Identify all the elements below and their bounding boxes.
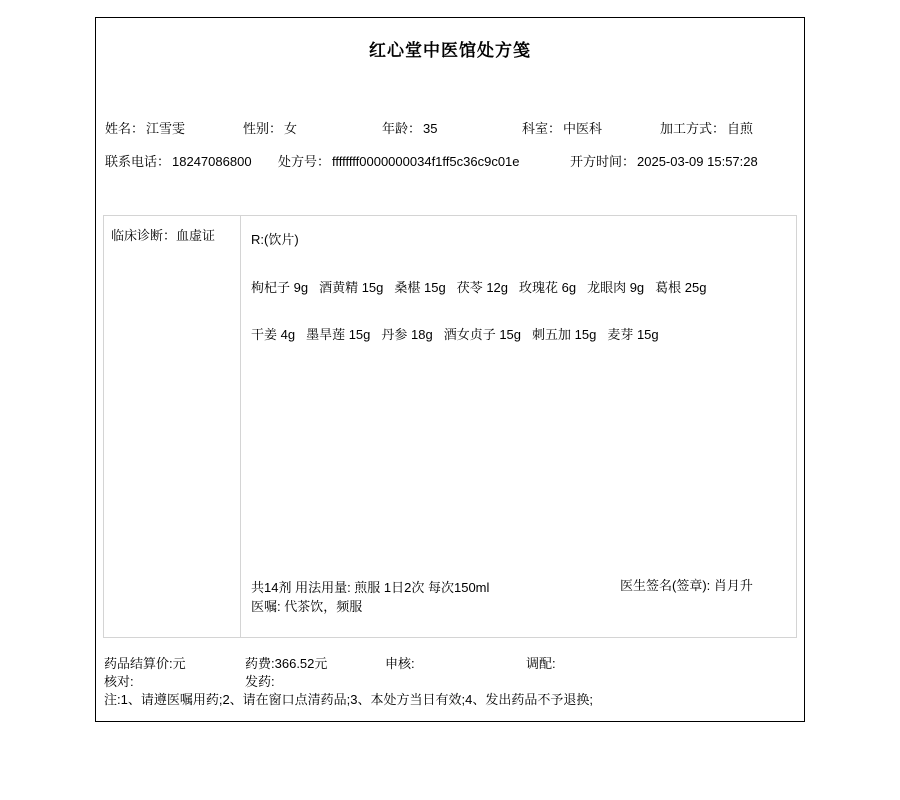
- herb-item: 墨旱莲 15g: [306, 327, 370, 342]
- doctor-signature-label: 医生签名(签章):: [620, 578, 710, 593]
- herb-item: 刺五加 15g: [532, 327, 596, 342]
- department-field: 科室：中医科: [522, 118, 602, 137]
- patient-name-label: 姓名：: [105, 121, 144, 136]
- prescription-border: 红心堂中医馆处方笺 姓名：江雪雯 性别：女 年龄：35 科室：中医科 加工方式：…: [95, 17, 805, 722]
- patient-gender-field: 性别：女: [243, 118, 297, 137]
- issue-time-field: 开方时间：2025-03-09 15:57:28: [570, 151, 758, 170]
- patient-age-value: 35: [423, 121, 437, 136]
- herb-item: 玫瑰花 6g: [519, 280, 576, 295]
- diagnosis-label: 临床诊断：: [111, 228, 176, 243]
- advice-label: 医嘱:: [251, 599, 281, 614]
- processing-field: 加工方式：自煎: [660, 118, 753, 137]
- herb-item: 桑椹 15g: [394, 280, 445, 295]
- diagnosis-cell: 临床诊断：血虚证: [104, 216, 241, 637]
- usage-note: 注:1、请遵医嘱用药;2、请在窗口点清药品;3、本处方当日有效;4、发出药品不予…: [104, 689, 593, 708]
- diagnosis-value: 血虚证: [176, 228, 215, 243]
- phone-label: 联系电话：: [105, 154, 170, 169]
- rx-number-label: 处方号：: [278, 154, 330, 169]
- rx-header: R:(饮片): [251, 229, 299, 248]
- settlement-value: 元: [173, 656, 186, 671]
- advice-line: 医嘱: 代茶饮，频服: [251, 596, 362, 615]
- issue-time-value: 2025-03-09 15:57:28: [637, 154, 758, 169]
- rx-number-value: ffffffff0000000034f1ff5c36c9c01e: [332, 154, 520, 169]
- review-field: 申核:: [385, 653, 415, 672]
- herb-item: 酒黄精 15g: [319, 280, 383, 295]
- phone-field: 联系电话：18247086800: [105, 151, 252, 170]
- fee-value: 366.52元: [275, 656, 328, 671]
- prescription-sheet: 红心堂中医馆处方笺 姓名：江雪雯 性别：女 年龄：35 科室：中医科 加工方式：…: [0, 0, 900, 800]
- issue-time-label: 开方时间：: [570, 154, 635, 169]
- fee-label: 药费:: [245, 656, 275, 671]
- prescription-table: 临床诊断：血虚证 R:(饮片) 枸杞子 9g酒黄精 15g桑椹 15g茯苓 12…: [103, 215, 797, 638]
- fee-field: 药费:366.52元: [245, 653, 327, 672]
- herb-item: 龙眼肉 9g: [587, 280, 644, 295]
- check-field: 核对:: [104, 671, 134, 690]
- settlement-label: 药品结算价:: [104, 656, 173, 671]
- patient-gender-value: 女: [284, 121, 297, 136]
- patient-gender-label: 性别：: [243, 121, 282, 136]
- patient-name-field: 姓名：江雪雯: [105, 118, 185, 137]
- patient-age-label: 年龄：: [382, 121, 421, 136]
- herb-item: 茯苓 12g: [457, 280, 508, 295]
- patient-age-field: 年龄：35: [382, 118, 437, 137]
- advice-value: 代茶饮，频服: [284, 599, 362, 614]
- doctor-signature-block: 医生签名(签章): 肖月升: [620, 577, 754, 595]
- herb-item: 干姜 4g: [251, 327, 295, 342]
- herb-item: 丹参 18g: [381, 327, 432, 342]
- rx-number-field: 处方号：ffffffff0000000034f1ff5c36c9c01e: [278, 151, 520, 170]
- page-title: 红心堂中医馆处方笺: [96, 36, 804, 61]
- herb-item: 枸杞子 9g: [251, 280, 308, 295]
- herb-item: 酒女贞子 15g: [444, 327, 521, 342]
- herb-item: 麦芽 15g: [607, 327, 658, 342]
- processing-value: 自煎: [727, 121, 753, 136]
- herb-line-2: 干姜 4g墨旱莲 15g丹参 18g酒女贞子 15g刺五加 15g麦芽 15g: [251, 324, 670, 343]
- rx-cell: R:(饮片) 枸杞子 9g酒黄精 15g桑椹 15g茯苓 12g玫瑰花 6g龙眼…: [241, 216, 796, 637]
- dispense-field: 调配:: [526, 653, 556, 672]
- department-value: 中医科: [563, 121, 602, 136]
- patient-name-value: 江雪雯: [146, 121, 185, 136]
- herb-item: 葛根 25g: [655, 280, 706, 295]
- doctor-signature-value: 肖月升: [714, 578, 753, 593]
- processing-label: 加工方式：: [660, 121, 725, 136]
- phone-value: 18247086800: [172, 154, 252, 169]
- issue-field: 发药:: [245, 671, 275, 690]
- herb-line-1: 枸杞子 9g酒黄精 15g桑椹 15g茯苓 12g玫瑰花 6g龙眼肉 9g葛根 …: [251, 277, 717, 296]
- department-label: 科室：: [522, 121, 561, 136]
- settlement-field: 药品结算价:元: [104, 653, 186, 672]
- usage-line: 共14剂 用法用量: 煎服 1日2次 每次150ml: [251, 577, 489, 596]
